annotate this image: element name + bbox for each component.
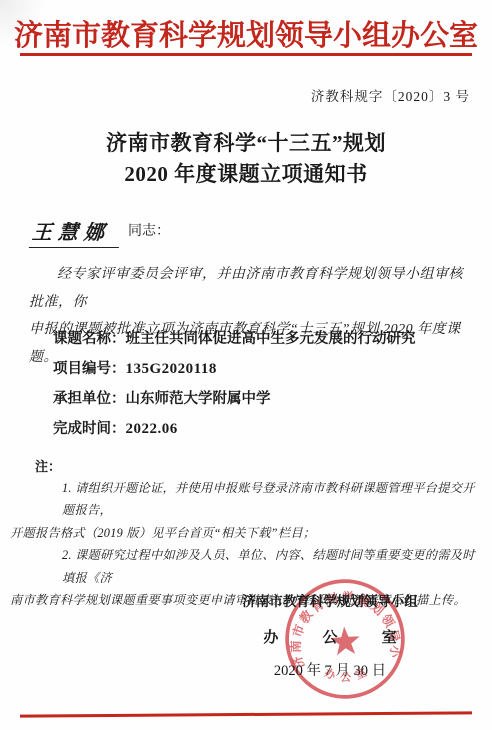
notice-title-line1: 济南市教育科学“十三五”规划: [0, 127, 492, 157]
detail-row-topic: 课题名称：班主任共同体促进高中生多元发展的行动研究: [53, 329, 483, 359]
detail-value: 班主任共同体促进高中生多元发展的行动研究: [126, 331, 416, 347]
recipient-suffix: 同志：: [128, 220, 170, 240]
project-details: 课题名称：班主任共同体促进高中生多元发展的行动研究 项目编号：135G20201…: [53, 329, 483, 449]
detail-value: 135G2020118: [126, 361, 217, 377]
detail-row-project-no: 项目编号：135G2020118: [53, 359, 483, 389]
notes-label: 注：: [35, 456, 61, 475]
note1-line1: 1. 请组织开题论证，并使用申报账号登录济南市教科研课题管理平台提交开题报告，: [10, 477, 484, 522]
detail-row-deadline: 完成时间：2022.06: [53, 419, 483, 449]
detail-label: 承担单位：: [53, 391, 126, 407]
detail-label: 课题名称：: [53, 331, 126, 347]
bottom-rule: [20, 711, 472, 717]
detail-row-unit: 承担单位：山东师范大学附属中学: [53, 389, 483, 419]
closing-date: 2020 年 7 月 30 日: [170, 659, 490, 680]
note1-line2: 开题报告格式（2019 版）见平台首页“相关下载”栏目；: [10, 522, 484, 544]
letterhead-rule: [20, 53, 472, 56]
recipient-name: 王慧娜: [29, 216, 121, 248]
salutation: 王慧娜同志：: [30, 216, 170, 248]
detail-value: 山东师范大学附属中学: [126, 391, 271, 407]
detail-value: 2022.06: [126, 421, 178, 437]
detail-label: 完成时间：: [53, 421, 126, 437]
doc-number: 济教科规字〔2020〕3 号: [311, 85, 470, 105]
note2-line1: 2. 课题研究过程中如涉及人员、单位、内容、结题时间等重要变更的需及时填报《济: [10, 544, 484, 589]
body-paragraph-line1: 经专家评审委员会评审，并由济南市教育科学规划领导小组审核批准，你: [29, 261, 475, 316]
letterhead-org-title: 济南市教育科学规划领导小组办公室: [0, 13, 492, 54]
closing-org: 济南市教育科学规划领导小组: [170, 590, 490, 610]
document-page: 济南市教育科学规划领导小组办公室 济教科规字〔2020〕3 号 济南市教育科学“…: [0, 0, 492, 730]
detail-label: 项目编号：: [53, 361, 126, 377]
closing-office: 办 公 室: [170, 626, 490, 647]
notice-title-line2: 2020 年度课题立项通知书: [0, 158, 492, 188]
closing-block: 济南市教育科学规划领导小组 办 公 室 2020 年 7 月 30 日: [170, 590, 490, 680]
